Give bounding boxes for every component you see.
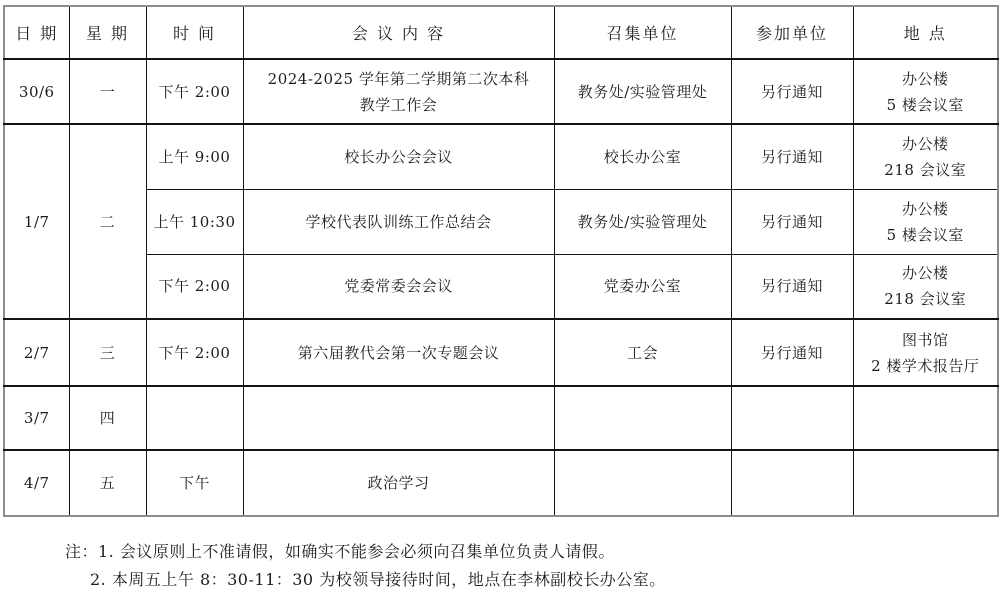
header-weekday: 星 期 — [69, 6, 146, 59]
location-cell — [853, 386, 998, 450]
content-cell: 2024-2025 学年第二学期第二次本科 教学工作会 — [243, 59, 554, 124]
footnote-line-1: 注：1. 会议原则上不准请假，如确实不能参会必须向召集单位负责人请假。 — [65, 538, 666, 566]
time-cell: 下午 2:00 — [146, 59, 243, 124]
content-cell: 第六届教代会第一次专题会议 — [243, 319, 554, 386]
content-cell: 校长办公会会议 — [243, 124, 554, 189]
header-content: 会 议 内 容 — [243, 6, 554, 59]
content-cell: 学校代表队训练工作总结会 — [243, 189, 554, 254]
location-cell: 办公楼 218 会议室 — [853, 124, 998, 189]
time-cell: 上午 9:00 — [146, 124, 243, 189]
header-location: 地 点 — [853, 6, 998, 59]
participants-cell: 另行通知 — [731, 189, 853, 254]
content-cell: 党委常委会会议 — [243, 254, 554, 319]
meeting-schedule-table: 日 期 星 期 时 间 会 议 内 容 召集单位 参加单位 地 点 30/6 一… — [3, 5, 999, 517]
organizer-cell: 校长办公室 — [554, 124, 731, 189]
organizer-cell: 教务处/实验管理处 — [554, 189, 731, 254]
time-cell: 下午 2:00 — [146, 254, 243, 319]
organizer-cell: 党委办公室 — [554, 254, 731, 319]
participants-cell: 另行通知 — [731, 254, 853, 319]
table-row: 2/7 三 下午 2:00 第六届教代会第一次专题会议 工会 另行通知 图书馆 … — [4, 319, 998, 386]
footnote-line-2: 2. 本周五上午 8：30-11：30 为校领导接待时间，地点在李林副校长办公室… — [90, 566, 666, 591]
time-cell: 下午 2:00 — [146, 319, 243, 386]
time-cell — [146, 386, 243, 450]
table-row: 上午 10:30 学校代表队训练工作总结会 教务处/实验管理处 另行通知 办公楼… — [4, 189, 998, 254]
date-cell: 4/7 — [4, 450, 69, 516]
location-cell: 办公楼 218 会议室 — [853, 254, 998, 319]
header-time: 时 间 — [146, 6, 243, 59]
location-cell: 办公楼 5 楼会议室 — [853, 59, 998, 124]
table-row: 1/7 二 上午 9:00 校长办公会会议 校长办公室 另行通知 办公楼 218… — [4, 124, 998, 189]
participants-cell — [731, 450, 853, 516]
organizer-cell: 工会 — [554, 319, 731, 386]
organizer-cell — [554, 450, 731, 516]
content-cell: 政治学习 — [243, 450, 554, 516]
location-cell: 图书馆 2 楼学术报告厅 — [853, 319, 998, 386]
weekday-cell: 二 — [69, 124, 146, 319]
participants-cell: 另行通知 — [731, 319, 853, 386]
table-row: 4/7 五 下午 政治学习 — [4, 450, 998, 516]
footnotes: 注：1. 会议原则上不准请假，如确实不能参会必须向召集单位负责人请假。 2. 本… — [65, 538, 666, 591]
table-row: 30/6 一 下午 2:00 2024-2025 学年第二学期第二次本科 教学工… — [4, 59, 998, 124]
time-cell: 下午 — [146, 450, 243, 516]
location-cell: 办公楼 5 楼会议室 — [853, 189, 998, 254]
participants-cell: 另行通知 — [731, 59, 853, 124]
participants-cell: 另行通知 — [731, 124, 853, 189]
date-cell: 30/6 — [4, 59, 69, 124]
header-participants: 参加单位 — [731, 6, 853, 59]
weekday-cell: 三 — [69, 319, 146, 386]
document-page: 日 期 星 期 时 间 会 议 内 容 召集单位 参加单位 地 点 30/6 一… — [0, 0, 1000, 591]
time-cell: 上午 10:30 — [146, 189, 243, 254]
organizer-cell: 教务处/实验管理处 — [554, 59, 731, 124]
date-cell: 2/7 — [4, 319, 69, 386]
weekday-cell: 四 — [69, 386, 146, 450]
organizer-cell — [554, 386, 731, 450]
table-row: 3/7 四 — [4, 386, 998, 450]
header-date: 日 期 — [4, 6, 69, 59]
table-row: 下午 2:00 党委常委会会议 党委办公室 另行通知 办公楼 218 会议室 — [4, 254, 998, 319]
weekday-cell: 一 — [69, 59, 146, 124]
header-organizer: 召集单位 — [554, 6, 731, 59]
location-cell — [853, 450, 998, 516]
date-cell: 1/7 — [4, 124, 69, 319]
date-cell: 3/7 — [4, 386, 69, 450]
content-cell — [243, 386, 554, 450]
header-row: 日 期 星 期 时 间 会 议 内 容 召集单位 参加单位 地 点 — [4, 6, 998, 59]
weekday-cell: 五 — [69, 450, 146, 516]
participants-cell — [731, 386, 853, 450]
